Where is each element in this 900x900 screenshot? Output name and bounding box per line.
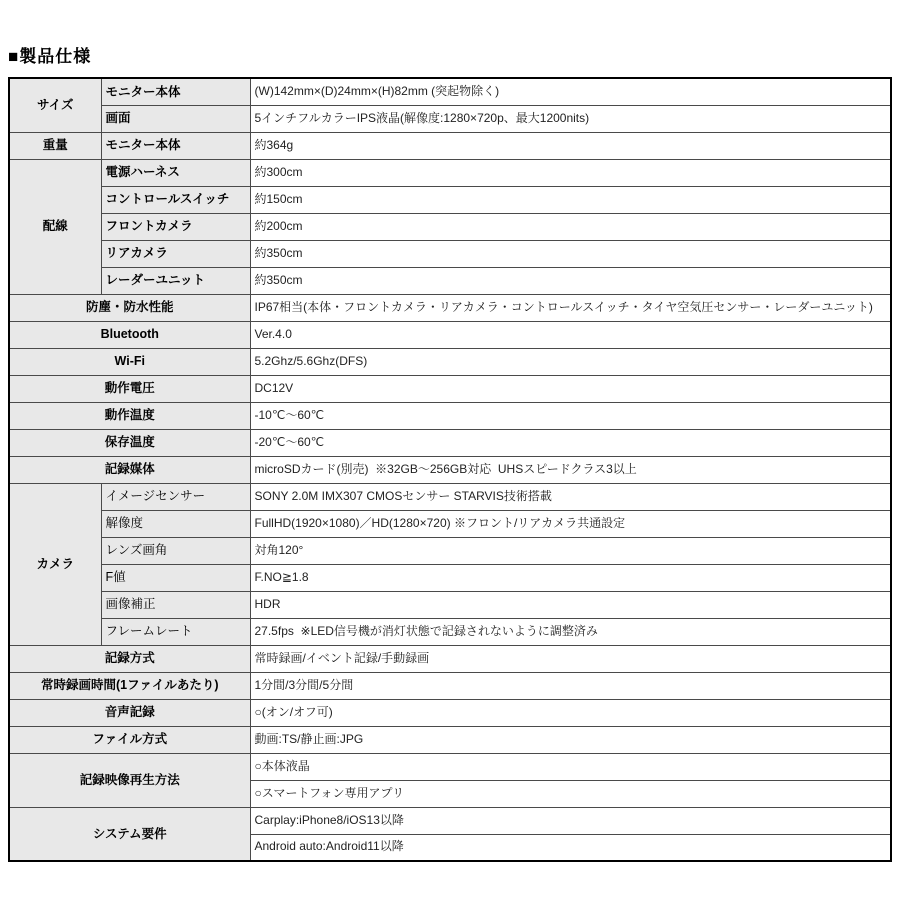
row-subheader-size-screen: 画面 bbox=[101, 105, 250, 132]
cell-value-wifi: 5.2Ghz/5.6Ghz(DFS) bbox=[250, 348, 891, 375]
row-camera-frame-rate: フレームレート 27.5fps ※LED信号機が消灯状態で記録されないように調整… bbox=[9, 618, 891, 645]
row-header-size: サイズ bbox=[9, 78, 101, 132]
row-size-monitor: サイズ モニター本体 (W)142mm×(D)24mm×(H)82mm (突起物… bbox=[9, 78, 891, 105]
cell-value-playback-lcd: ○本体液晶 bbox=[250, 753, 891, 780]
row-header-recording-media: 記録媒体 bbox=[9, 456, 250, 483]
row-bluetooth: Bluetooth Ver.4.0 bbox=[9, 321, 891, 348]
row-header-camera: カメラ bbox=[9, 483, 101, 645]
row-subheader-wiring-rear-camera: リアカメラ bbox=[101, 240, 250, 267]
row-camera-image-correction: 画像補正 HDR bbox=[9, 591, 891, 618]
row-system-req-ios: システム要件 Carplay:iPhone8/iOS13以降 bbox=[9, 807, 891, 834]
row-subheader-camera-sensor: イメージセンサー bbox=[101, 483, 250, 510]
row-file-format: ファイル方式 動画:TS/静止画:JPG bbox=[9, 726, 891, 753]
row-camera-resolution: 解像度 FullHD(1920×1080)／HD(1280×720) ※フロント… bbox=[9, 510, 891, 537]
row-subheader-camera-image-correction: 画像補正 bbox=[101, 591, 250, 618]
cell-value-storage-temp: -20℃〜60℃ bbox=[250, 429, 891, 456]
cell-value-recording-media: microSDカード(別売) ※32GB〜256GB対応 UHSスピードクラス3… bbox=[250, 456, 891, 483]
row-header-recording-mode: 記録方式 bbox=[9, 645, 250, 672]
row-camera-sensor: カメラ イメージセンサー SONY 2.0M IMX307 CMOSセンサー S… bbox=[9, 483, 891, 510]
row-header-audio-recording: 音声記録 bbox=[9, 699, 250, 726]
page: ■製品仕様 サイズ モニター本体 (W)142mm×(D)24mm×(H)82m… bbox=[0, 0, 900, 862]
row-subheader-wiring-control-switch: コントロールスイッチ bbox=[101, 186, 250, 213]
cell-value-camera-sensor: SONY 2.0M IMX307 CMOSセンサー STARVIS技術搭載 bbox=[250, 483, 891, 510]
row-camera-lens-angle: レンズ画角 対角120° bbox=[9, 537, 891, 564]
row-subheader-camera-resolution: 解像度 bbox=[101, 510, 250, 537]
spec-table: サイズ モニター本体 (W)142mm×(D)24mm×(H)82mm (突起物… bbox=[8, 77, 892, 862]
cell-value-wiring-control-switch: 約150cm bbox=[250, 186, 891, 213]
row-loop-recording-time: 常時録画時間(1ファイルあたり) 1分間/3分間/5分間 bbox=[9, 672, 891, 699]
row-wiring-harness: 配線 電源ハーネス 約300cm bbox=[9, 159, 891, 186]
cell-value-system-req-carplay: Carplay:iPhone8/iOS13以降 bbox=[250, 807, 891, 834]
cell-value-playback-app: ○スマートフォン専用アプリ bbox=[250, 780, 891, 807]
row-header-system-requirements: システム要件 bbox=[9, 807, 250, 861]
row-subheader-size-monitor: モニター本体 bbox=[101, 78, 250, 105]
cell-value-recording-mode: 常時録画/イベント記録/手動録画 bbox=[250, 645, 891, 672]
row-subheader-wiring-radar-unit: レーダーユニット bbox=[101, 267, 250, 294]
row-storage-temp: 保存温度 -20℃〜60℃ bbox=[9, 429, 891, 456]
row-subheader-wiring-front-camera: フロントカメラ bbox=[101, 213, 250, 240]
row-voltage: 動作電圧 DC12V bbox=[9, 375, 891, 402]
row-header-voltage: 動作電圧 bbox=[9, 375, 250, 402]
row-subheader-camera-frame-rate: フレームレート bbox=[101, 618, 250, 645]
row-subheader-weight-monitor: モニター本体 bbox=[101, 132, 250, 159]
row-subheader-wiring-harness: 電源ハーネス bbox=[101, 159, 250, 186]
cell-value-operating-temp: -10℃〜60℃ bbox=[250, 402, 891, 429]
row-recording-media: 記録媒体 microSDカード(別売) ※32GB〜256GB対応 UHSスピー… bbox=[9, 456, 891, 483]
row-header-weight: 重量 bbox=[9, 132, 101, 159]
row-recording-mode: 記録方式 常時録画/イベント記録/手動録画 bbox=[9, 645, 891, 672]
row-weight: 重量 モニター本体 約364g bbox=[9, 132, 891, 159]
row-header-operating-temp: 動作温度 bbox=[9, 402, 250, 429]
cell-value-bluetooth: Ver.4.0 bbox=[250, 321, 891, 348]
cell-value-weight-monitor: 約364g bbox=[250, 132, 891, 159]
row-wiring-front-camera: フロントカメラ 約200cm bbox=[9, 213, 891, 240]
row-header-loop-recording-time: 常時録画時間(1ファイルあたり) bbox=[9, 672, 250, 699]
row-subheader-camera-f-value: F値 bbox=[101, 564, 250, 591]
cell-value-wiring-rear-camera: 約350cm bbox=[250, 240, 891, 267]
row-header-file-format: ファイル方式 bbox=[9, 726, 250, 753]
row-operating-temp: 動作温度 -10℃〜60℃ bbox=[9, 402, 891, 429]
section-title: ■製品仕様 bbox=[8, 42, 892, 67]
row-audio-recording: 音声記録 ○(オン/オフ可) bbox=[9, 699, 891, 726]
row-header-bluetooth: Bluetooth bbox=[9, 321, 250, 348]
cell-value-size-monitor: (W)142mm×(D)24mm×(H)82mm (突起物除く) bbox=[250, 78, 891, 105]
cell-value-dust-water: IP67相当(本体・フロントカメラ・リアカメラ・コントロールスイッチ・タイヤ空気… bbox=[250, 294, 891, 321]
row-wiring-rear-camera: リアカメラ 約350cm bbox=[9, 240, 891, 267]
cell-value-system-req-android: Android auto:Android11以降 bbox=[250, 834, 891, 861]
row-camera-f-value: F値 F.NO≧1.8 bbox=[9, 564, 891, 591]
cell-value-file-format: 動画:TS/静止画:JPG bbox=[250, 726, 891, 753]
cell-value-wiring-front-camera: 約200cm bbox=[250, 213, 891, 240]
row-header-storage-temp: 保存温度 bbox=[9, 429, 250, 456]
cell-value-camera-f-value: F.NO≧1.8 bbox=[250, 564, 891, 591]
cell-value-camera-frame-rate: 27.5fps ※LED信号機が消灯状態で記録されないように調整済み bbox=[250, 618, 891, 645]
cell-value-voltage: DC12V bbox=[250, 375, 891, 402]
row-wiring-control-switch: コントロールスイッチ 約150cm bbox=[9, 186, 891, 213]
cell-value-camera-resolution: FullHD(1920×1080)／HD(1280×720) ※フロント/リアカ… bbox=[250, 510, 891, 537]
cell-value-audio-recording: ○(オン/オフ可) bbox=[250, 699, 891, 726]
row-header-wiring: 配線 bbox=[9, 159, 101, 294]
row-playback-lcd: 記録映像再生方法 ○本体液晶 bbox=[9, 753, 891, 780]
cell-value-loop-recording-time: 1分間/3分間/5分間 bbox=[250, 672, 891, 699]
row-wiring-radar-unit: レーダーユニット 約350cm bbox=[9, 267, 891, 294]
row-subheader-camera-lens-angle: レンズ画角 bbox=[101, 537, 250, 564]
row-size-screen: 画面 5インチフルカラーIPS液晶(解像度:1280×720p、最大1200ni… bbox=[9, 105, 891, 132]
row-header-playback: 記録映像再生方法 bbox=[9, 753, 250, 807]
row-wifi: Wi-Fi 5.2Ghz/5.6Ghz(DFS) bbox=[9, 348, 891, 375]
cell-value-wiring-harness: 約300cm bbox=[250, 159, 891, 186]
row-dust-water: 防塵・防水性能 IP67相当(本体・フロントカメラ・リアカメラ・コントロールスイ… bbox=[9, 294, 891, 321]
cell-value-camera-image-correction: HDR bbox=[250, 591, 891, 618]
row-header-dust-water: 防塵・防水性能 bbox=[9, 294, 250, 321]
cell-value-size-screen: 5インチフルカラーIPS液晶(解像度:1280×720p、最大1200nits) bbox=[250, 105, 891, 132]
cell-value-camera-lens-angle: 対角120° bbox=[250, 537, 891, 564]
cell-value-wiring-radar-unit: 約350cm bbox=[250, 267, 891, 294]
row-header-wifi: Wi-Fi bbox=[9, 348, 250, 375]
